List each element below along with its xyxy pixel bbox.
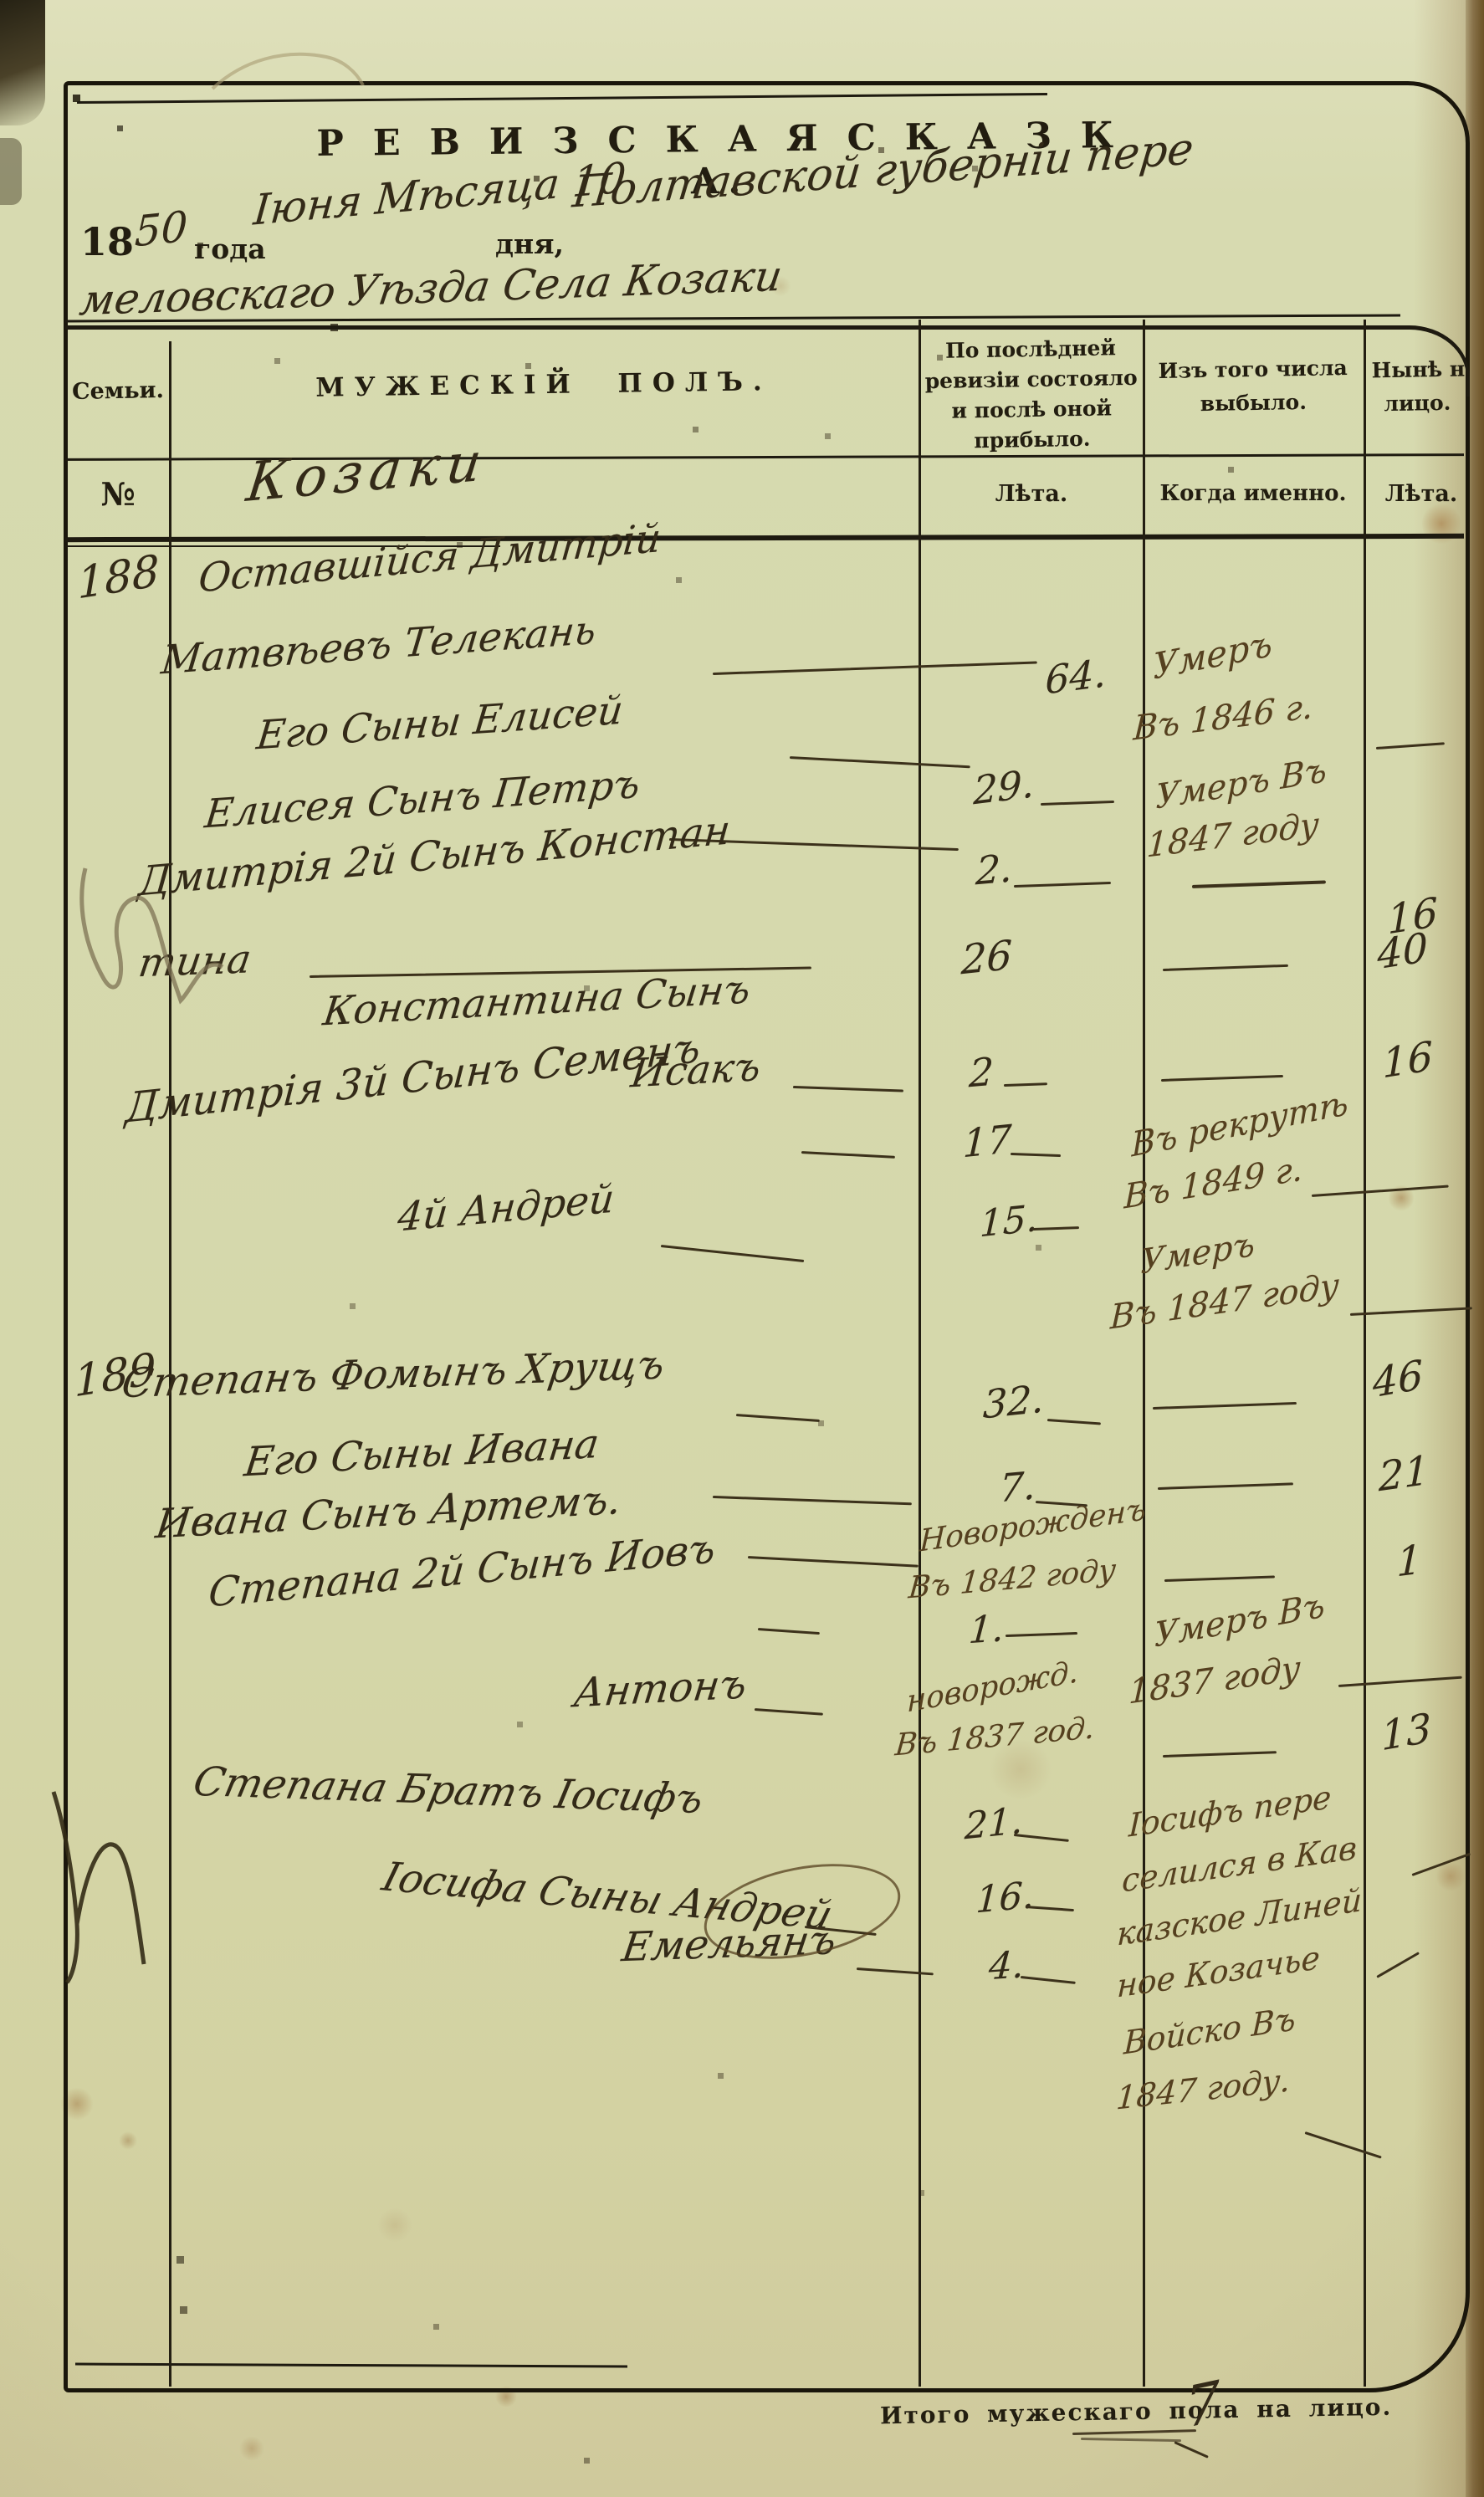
- col-header-no: №: [69, 475, 167, 513]
- rev-line2: ревизіи состояло: [924, 366, 1138, 393]
- year-handwritten: 50: [134, 202, 188, 256]
- col-subheader-years2: Лѣта.: [1367, 481, 1476, 507]
- age-value: 2: [968, 1048, 995, 1096]
- now-age-value: 21: [1379, 1446, 1429, 1501]
- age-value: 2.: [975, 845, 1014, 893]
- now-line2: лицо.: [1372, 391, 1451, 417]
- rev-line3: и послѣ оной: [951, 396, 1112, 422]
- rev-line4: прибыло.: [974, 427, 1091, 453]
- col-header-last-revision: По послѣдней ревизіи состояло и послѣ он…: [921, 333, 1142, 458]
- age-value: 17: [962, 1116, 1012, 1167]
- goda-printed: года: [194, 233, 266, 265]
- year-prefix-printed: 18: [80, 219, 134, 264]
- edge-smudge-left: [0, 138, 22, 205]
- page-border: [64, 81, 1470, 2392]
- now-age-value: 16: [1382, 1032, 1433, 1087]
- out-line2: выбыло.: [1200, 390, 1307, 416]
- faint-pencil-mark-top: [207, 42, 375, 100]
- col-header-departed: Изъ того числа выбыло.: [1145, 351, 1360, 422]
- column-line-years1: [919, 320, 921, 2387]
- age-value: 1.: [967, 1607, 1005, 1652]
- footer-total-label: Итого мужескаго пола на лицо.: [880, 2393, 1393, 2430]
- age-value: 16.: [975, 1874, 1035, 1922]
- age-value: 26: [960, 932, 1013, 985]
- now-age-value: 1: [1396, 1536, 1422, 1586]
- corner-shadow-top-left: [0, 0, 45, 125]
- col-header-family: Семьи.: [69, 377, 168, 405]
- now-age-value: 40: [1377, 924, 1428, 979]
- rev-line1: По послѣдней: [945, 335, 1116, 363]
- now-line1: Нынѣ н: [1371, 356, 1465, 382]
- col-header-now-present: Нынѣ н лицо.: [1371, 352, 1484, 422]
- col-subheader-years1: Лѣта.: [922, 481, 1141, 507]
- ink-dash: [1081, 2438, 1181, 2442]
- age-value: 32.: [982, 1375, 1045, 1427]
- ink-dash: [1174, 2441, 1208, 2459]
- col-subheader-when: Когда именно.: [1146, 481, 1360, 506]
- document-photo: Р Е В И З С К А Я С К А З К А. 18 50 год…: [0, 0, 1484, 2497]
- age-value: 15.: [979, 1197, 1038, 1246]
- fox-stain: [239, 2436, 264, 2461]
- now-age-value: 46: [1372, 1351, 1424, 1407]
- margin-pencil-squiggle: [67, 853, 234, 1029]
- out-line1: Изъ того числа: [1158, 356, 1348, 383]
- age-value: 7.: [998, 1462, 1037, 1511]
- paper-specks: [0, 0, 3, 3]
- dnya-printed: дня,: [495, 228, 564, 260]
- entry-name-line: Антонъ: [571, 1660, 750, 1717]
- age-value: 21.: [964, 1799, 1023, 1849]
- ink-dash: [1072, 2429, 1196, 2435]
- age-value: 4.: [987, 1943, 1025, 1988]
- age-value: 64.: [1045, 650, 1107, 703]
- now-age-value: 13: [1380, 1704, 1432, 1760]
- footer-total-value: 7: [1185, 2368, 1221, 2441]
- column-line-now: [1364, 320, 1366, 2387]
- margin-ink-mark: [43, 1782, 211, 1991]
- age-value: 29.: [973, 760, 1035, 813]
